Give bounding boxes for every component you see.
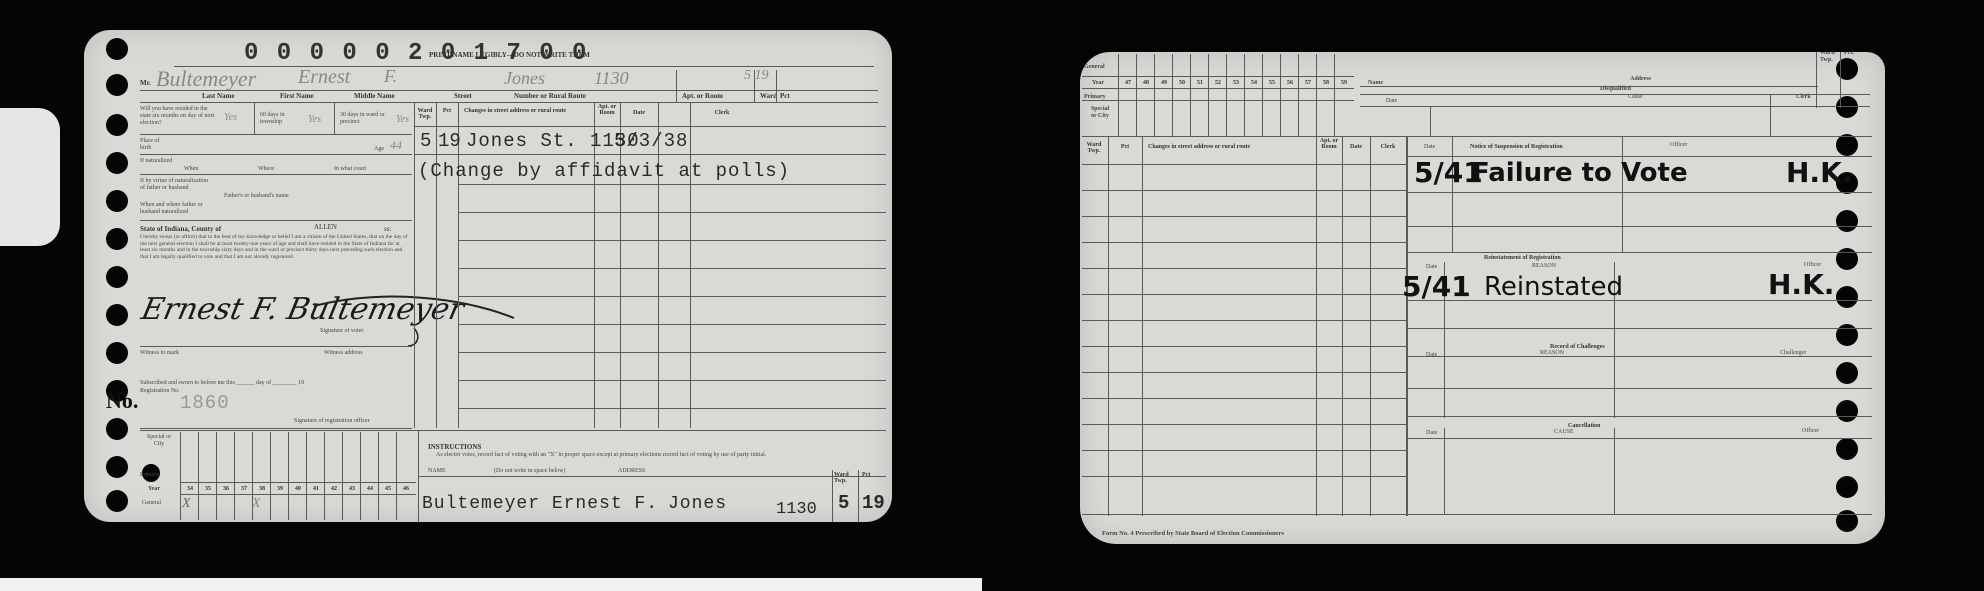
punch-hole [1836, 400, 1858, 422]
label-place-of-birth: Place of birth [140, 138, 170, 152]
punch-hole [1836, 438, 1858, 460]
grid-label-general: General [1084, 64, 1105, 71]
sworn-statement: Subscribed and sworn to before me this _… [140, 380, 304, 387]
label-address: Address [1630, 76, 1651, 83]
question-township-residence: 60 days in township [260, 112, 306, 126]
registration-card-back: General Year Primary Special or City 474… [1080, 52, 1885, 544]
label-naturalization-father: If by virtue of naturalization of father… [140, 178, 210, 192]
year-cell: 49 [1156, 80, 1172, 86]
reinstatement-officer: H.K. [1768, 268, 1834, 301]
question-state-residence: Will you have resided in the state six m… [140, 106, 220, 127]
label-middle-name: Middle Name [354, 93, 395, 100]
registration-number: 1860 [180, 392, 230, 414]
index-name: Bultemeyer Ernest F. [422, 494, 658, 514]
suspension-title: Notice of Suspension of Registration [1470, 144, 1563, 150]
col-ward-twp: Ward Twp. [1082, 142, 1106, 154]
label-registration-officer: Signature of registration officer [294, 418, 370, 425]
label-ward: Ward [760, 93, 777, 100]
col-apt-room: Apt. or Room [596, 104, 618, 116]
col-apt-room: Apt. or Room [1318, 138, 1340, 150]
label-disqualified: Disqualified [1600, 86, 1631, 93]
year-cell: 39 [272, 486, 288, 492]
year-cell: 56 [1282, 80, 1298, 86]
col-date: Date [1344, 144, 1368, 150]
grid-label-primary: Primary [140, 472, 159, 479]
col-changes: Changes in street address or rural route [464, 108, 566, 114]
punch-hole [106, 38, 128, 60]
punch-hole [1836, 286, 1858, 308]
year-cell: 53 [1228, 80, 1244, 86]
instructions-title: INSTRUCTIONS [428, 444, 481, 451]
punch-hole [106, 190, 128, 212]
left-edge-light-artifact [0, 108, 60, 246]
change-row-1-date: 5/3/38 [614, 130, 688, 152]
voted-mark-38: X [252, 496, 261, 512]
year-cell: 44 [362, 486, 378, 492]
label-court: In what court [334, 166, 366, 173]
label-cause: Cause [1628, 94, 1643, 101]
instructions-address-label: ADDRESS [618, 468, 645, 475]
handwritten-first-name: Ernest [298, 66, 350, 89]
grid-label-special: Special or City [144, 434, 174, 448]
punch-hole [106, 74, 128, 96]
label-if-naturalized: If naturalized [140, 158, 180, 165]
suspension-officer: H.K. [1786, 156, 1852, 189]
label-apt-room: Apt. or Room [682, 93, 723, 100]
year-cell: 47 [1120, 80, 1136, 86]
year-cell: 37 [236, 486, 252, 492]
col-clerk: Clerk [692, 110, 752, 116]
year-cell: 50 [1174, 80, 1190, 86]
instructions-do-not-write: (Do not write in space below) [494, 468, 565, 475]
handwritten-street: Jones [504, 68, 545, 89]
year-cell: 36 [218, 486, 234, 492]
change-row-2-note: (Change by affidavit at polls) [418, 160, 790, 182]
reinstatement-reason: Reinstated [1484, 272, 1623, 302]
label-first-name: First Name [280, 93, 314, 100]
col-pct: Pct [1110, 144, 1140, 150]
label-father-naturalized: When and where father or husband natural… [140, 202, 220, 216]
registration-card-front: 0 0 0 0 0 2 0 1 7 0 0 PRINT NAME LEGIBLY… [84, 30, 892, 522]
index-pct: 19 [862, 492, 885, 514]
year-cell: 38 [254, 486, 270, 492]
bottom-white-strip [0, 578, 982, 591]
punch-hole [106, 304, 128, 326]
year-cell: 57 [1300, 80, 1316, 86]
oath-text: I hereby swear (or affirm) that to the b… [140, 234, 410, 260]
label-signature-of-voter: Signature of voter [320, 328, 363, 335]
punch-hole [1836, 134, 1858, 156]
index-street: Jones [668, 494, 727, 514]
index-pct-label: Pct [862, 472, 870, 478]
title-prefix: Mr. [140, 80, 151, 87]
year-cell: 40 [290, 486, 306, 492]
header-notice: PRINT NAME LEGIBLY—DO NOT WRITE THEM [429, 52, 590, 59]
year-cell: 41 [308, 486, 324, 492]
punch-hole [106, 266, 128, 288]
punch-hole [1836, 362, 1858, 384]
grid-label-year: Year [148, 486, 160, 493]
year-cell: 52 [1210, 80, 1226, 86]
year-cell: 42 [326, 486, 342, 492]
answer-state-residence: Yes [224, 112, 237, 123]
label-when: When [184, 166, 198, 173]
index-ward-label: Ward Twp. [834, 472, 856, 484]
punch-hole [1836, 476, 1858, 498]
instructions-text: As elector votes, record fact of voting … [436, 452, 856, 459]
voted-mark-34: X [182, 496, 191, 512]
col-date: Date [622, 110, 656, 116]
punch-hole [1836, 210, 1858, 232]
suspension-date-label: Date [1424, 144, 1435, 151]
label-registration-no: Registration No. [140, 388, 180, 395]
year-cell: 46 [398, 486, 414, 492]
year-cell: 48 [1138, 80, 1154, 86]
handwritten-ward-pct: 5 19 [744, 68, 769, 84]
label-clerk: Clerk [1796, 94, 1811, 101]
question-ward-residence: 30 days in ward or precinct [340, 112, 400, 126]
challenges-challenger-label: Challenger [1780, 350, 1806, 357]
punch-hole [106, 228, 128, 250]
label-father-name: Father's or husband's name [224, 193, 289, 200]
cancellation-cause-label: CAUSE [1554, 429, 1574, 436]
handwritten-last-name: Bultemeyer [156, 66, 256, 92]
reinstatement-title: Reinstatement of Registration [1484, 255, 1561, 261]
instructions-name-label: NAME [428, 468, 446, 475]
year-cell: 35 [200, 486, 216, 492]
index-number: 1130 [776, 500, 817, 519]
year-cell: 54 [1246, 80, 1262, 86]
label-witness: Witness to mark [140, 350, 179, 357]
label-last-name: Last Name [202, 93, 234, 100]
punch-hole [106, 490, 128, 512]
year-cell: 45 [380, 486, 396, 492]
col-changes: Changes in street address or rural route [1148, 144, 1250, 150]
cancellation-officer-label: Officer [1802, 428, 1819, 435]
index-ward: 5 [838, 492, 850, 514]
suspension-officer-label: Officer [1670, 142, 1687, 149]
county-value: ALLEN [314, 224, 337, 231]
label-where: Where [258, 166, 274, 173]
year-cell: 34 [182, 486, 198, 492]
label-date: Date [1386, 98, 1397, 105]
reinstatement-reason-label: REASON [1532, 263, 1556, 270]
punch-hole [106, 114, 128, 136]
grid-label-year: Year [1092, 80, 1104, 87]
label-street: Street [454, 93, 472, 100]
challenges-reason-label: REASON [1540, 350, 1564, 357]
label-age: Age [374, 146, 384, 153]
grid-label-general: General [142, 500, 161, 507]
punch-hole [106, 456, 128, 478]
punch-hole [106, 152, 128, 174]
handwritten-number: 1130 [594, 68, 629, 89]
grid-label-special: Special or City [1088, 106, 1112, 120]
suspension-reason: Failure to Vote [1472, 158, 1688, 188]
answer-township-residence: Yes [308, 114, 321, 125]
year-cell: 43 [344, 486, 360, 492]
year-cell: 51 [1192, 80, 1208, 86]
label-witness-address: Witness address [324, 350, 363, 357]
cancellation-date-label: Date [1426, 430, 1437, 437]
answer-ward-residence: Yes [396, 114, 409, 125]
challenges-date-label: Date [1426, 352, 1437, 359]
no-symbol: No. [106, 388, 138, 414]
reinstatement-date: 5/41 [1402, 270, 1471, 303]
age-value: 44 [390, 138, 402, 153]
label-pct: Pct. [1844, 52, 1854, 57]
oath-state-county: State of Indiana, County of [140, 226, 221, 233]
year-cell: 59 [1336, 80, 1352, 86]
label-number-rural-route: Number or Rural Route [514, 93, 586, 100]
col-ward-twp: Ward Twp. [416, 108, 434, 120]
label-ward-twp: Ward Twp. [1820, 52, 1836, 64]
year-cell: 55 [1264, 80, 1280, 86]
handwritten-middle-name: F. [384, 66, 397, 87]
change-row-1-pct: 19 [438, 130, 461, 152]
punch-hole [106, 418, 128, 440]
oath-ss: ss: [384, 226, 391, 233]
form-footer: Form No. 4 Prescribed by State Board of … [1102, 530, 1284, 537]
col-clerk: Clerk [1372, 144, 1404, 150]
col-pct: Pct [438, 108, 456, 114]
punch-hole [106, 342, 128, 364]
change-row-1-ward: 5 [420, 130, 432, 152]
year-cell: 58 [1318, 80, 1334, 86]
label-pct: Pct [780, 93, 790, 100]
